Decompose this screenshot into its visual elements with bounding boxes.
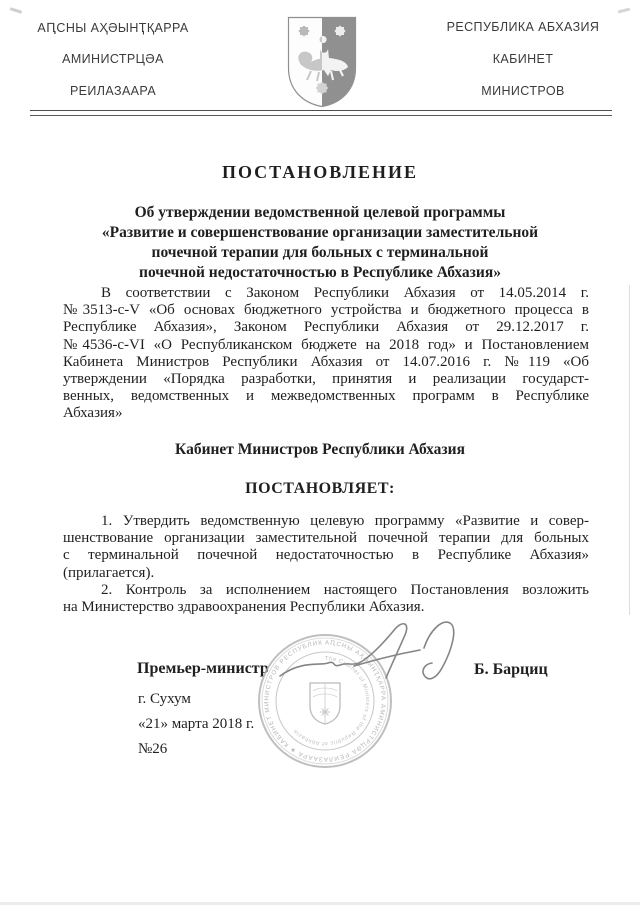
signing-place: г. Сухум bbox=[138, 691, 191, 708]
subject-line-1: Об утверждении ведомственной целевой про… bbox=[63, 203, 577, 223]
org-name-abkhaz: АԤСНЫ АҲӘЫНҬҚАРРА АМИНИСТРЦӘА РЕИЛАЗААРА bbox=[8, 20, 218, 116]
resolves-heading: ПОСТАНОВЛЯЕТ: bbox=[0, 480, 640, 498]
authority-line: Кабинет Министров Республики Абхазия bbox=[0, 441, 640, 459]
subject-line-2: «Развитие и совершенствование организаци… bbox=[63, 223, 577, 243]
preamble-line: В соответствии с Законом Республики Абха… bbox=[63, 285, 589, 302]
org-abkhaz-line-2: АМИНИСТРЦӘА bbox=[8, 52, 218, 65]
preamble-line: утверждении «Порядка разработки, приняти… bbox=[63, 371, 589, 388]
preamble-line: Кабинета Министров Республики Абхазия от… bbox=[63, 354, 589, 371]
item-1-line: 1. Утвердить ведомственную целевую прогр… bbox=[63, 513, 589, 530]
item-2-line: 2. Контроль за исполнением настоящего По… bbox=[63, 582, 589, 599]
star-top-right-icon bbox=[334, 25, 345, 36]
scan-speck-artifact bbox=[10, 7, 22, 14]
scan-speck-artifact bbox=[618, 8, 630, 14]
coat-of-arms-icon bbox=[287, 16, 357, 108]
item-1-line: (прилагается). bbox=[63, 565, 589, 582]
subject-line-3: почечной терапии для больных с терминаль… bbox=[63, 243, 577, 263]
handwritten-signature bbox=[262, 616, 492, 701]
item-1-line: с терминальной почечной недостаточностью… bbox=[63, 547, 589, 564]
org-abkhaz-line-1: АԤСНЫ АҲӘЫНҬҚАРРА bbox=[8, 20, 218, 33]
org-russian-line-1: РЕСПУБЛИКА АБХАЗИЯ bbox=[418, 20, 628, 33]
preamble-line: Абхазия» bbox=[63, 405, 589, 422]
preamble-line: венных, ведомственных и межведомственных… bbox=[63, 388, 589, 405]
star-top-left-icon bbox=[298, 25, 309, 36]
signer-post: Премьер-министр bbox=[137, 660, 269, 678]
org-russian-line-3: МИНИСТРОВ bbox=[418, 84, 628, 97]
preamble-line: Республике Абхазия», Законом Республики … bbox=[63, 319, 589, 336]
org-name-russian: РЕСПУБЛИКА АБХАЗИЯ КАБИНЕТ МИНИСТРОВ bbox=[418, 20, 628, 116]
star-bottom-icon bbox=[316, 82, 329, 95]
decree-title: ПОСТАНОВЛЕНИЕ bbox=[0, 162, 640, 183]
letterhead-divider bbox=[30, 110, 612, 116]
subject-line-4: почечной недостаточностью в Республике А… bbox=[63, 263, 577, 283]
item-1-line: шенствование организации заместительной … bbox=[63, 530, 589, 547]
item-2-line: на Министерство здравоохранения Республи… bbox=[63, 599, 589, 616]
decree-subject: Об утверждении ведомственной целевой про… bbox=[63, 203, 577, 283]
document-page: АԤСНЫ АҲӘЫНҬҚАРРА АМИНИСТРЦӘА РЕИЛАЗААРА… bbox=[0, 0, 640, 905]
decree-number: №26 bbox=[138, 741, 167, 758]
signing-date: «21» марта 2018 г. bbox=[138, 716, 254, 733]
org-russian-line-2: КАБИНЕТ bbox=[418, 52, 628, 65]
scan-edge-artifact bbox=[629, 285, 630, 615]
resolution-items: 1. Утвердить ведомственную целевую прогр… bbox=[63, 513, 589, 616]
org-abkhaz-line-3: РЕИЛАЗААРА bbox=[8, 84, 218, 97]
preamble-line: №4536-с-VI «О Республиканском бюджете на… bbox=[63, 337, 589, 354]
preamble-paragraph: В соответствии с Законом Республики Абха… bbox=[63, 285, 589, 423]
preamble-line: №3513-с-V «Об основах бюджетного устройс… bbox=[63, 302, 589, 319]
